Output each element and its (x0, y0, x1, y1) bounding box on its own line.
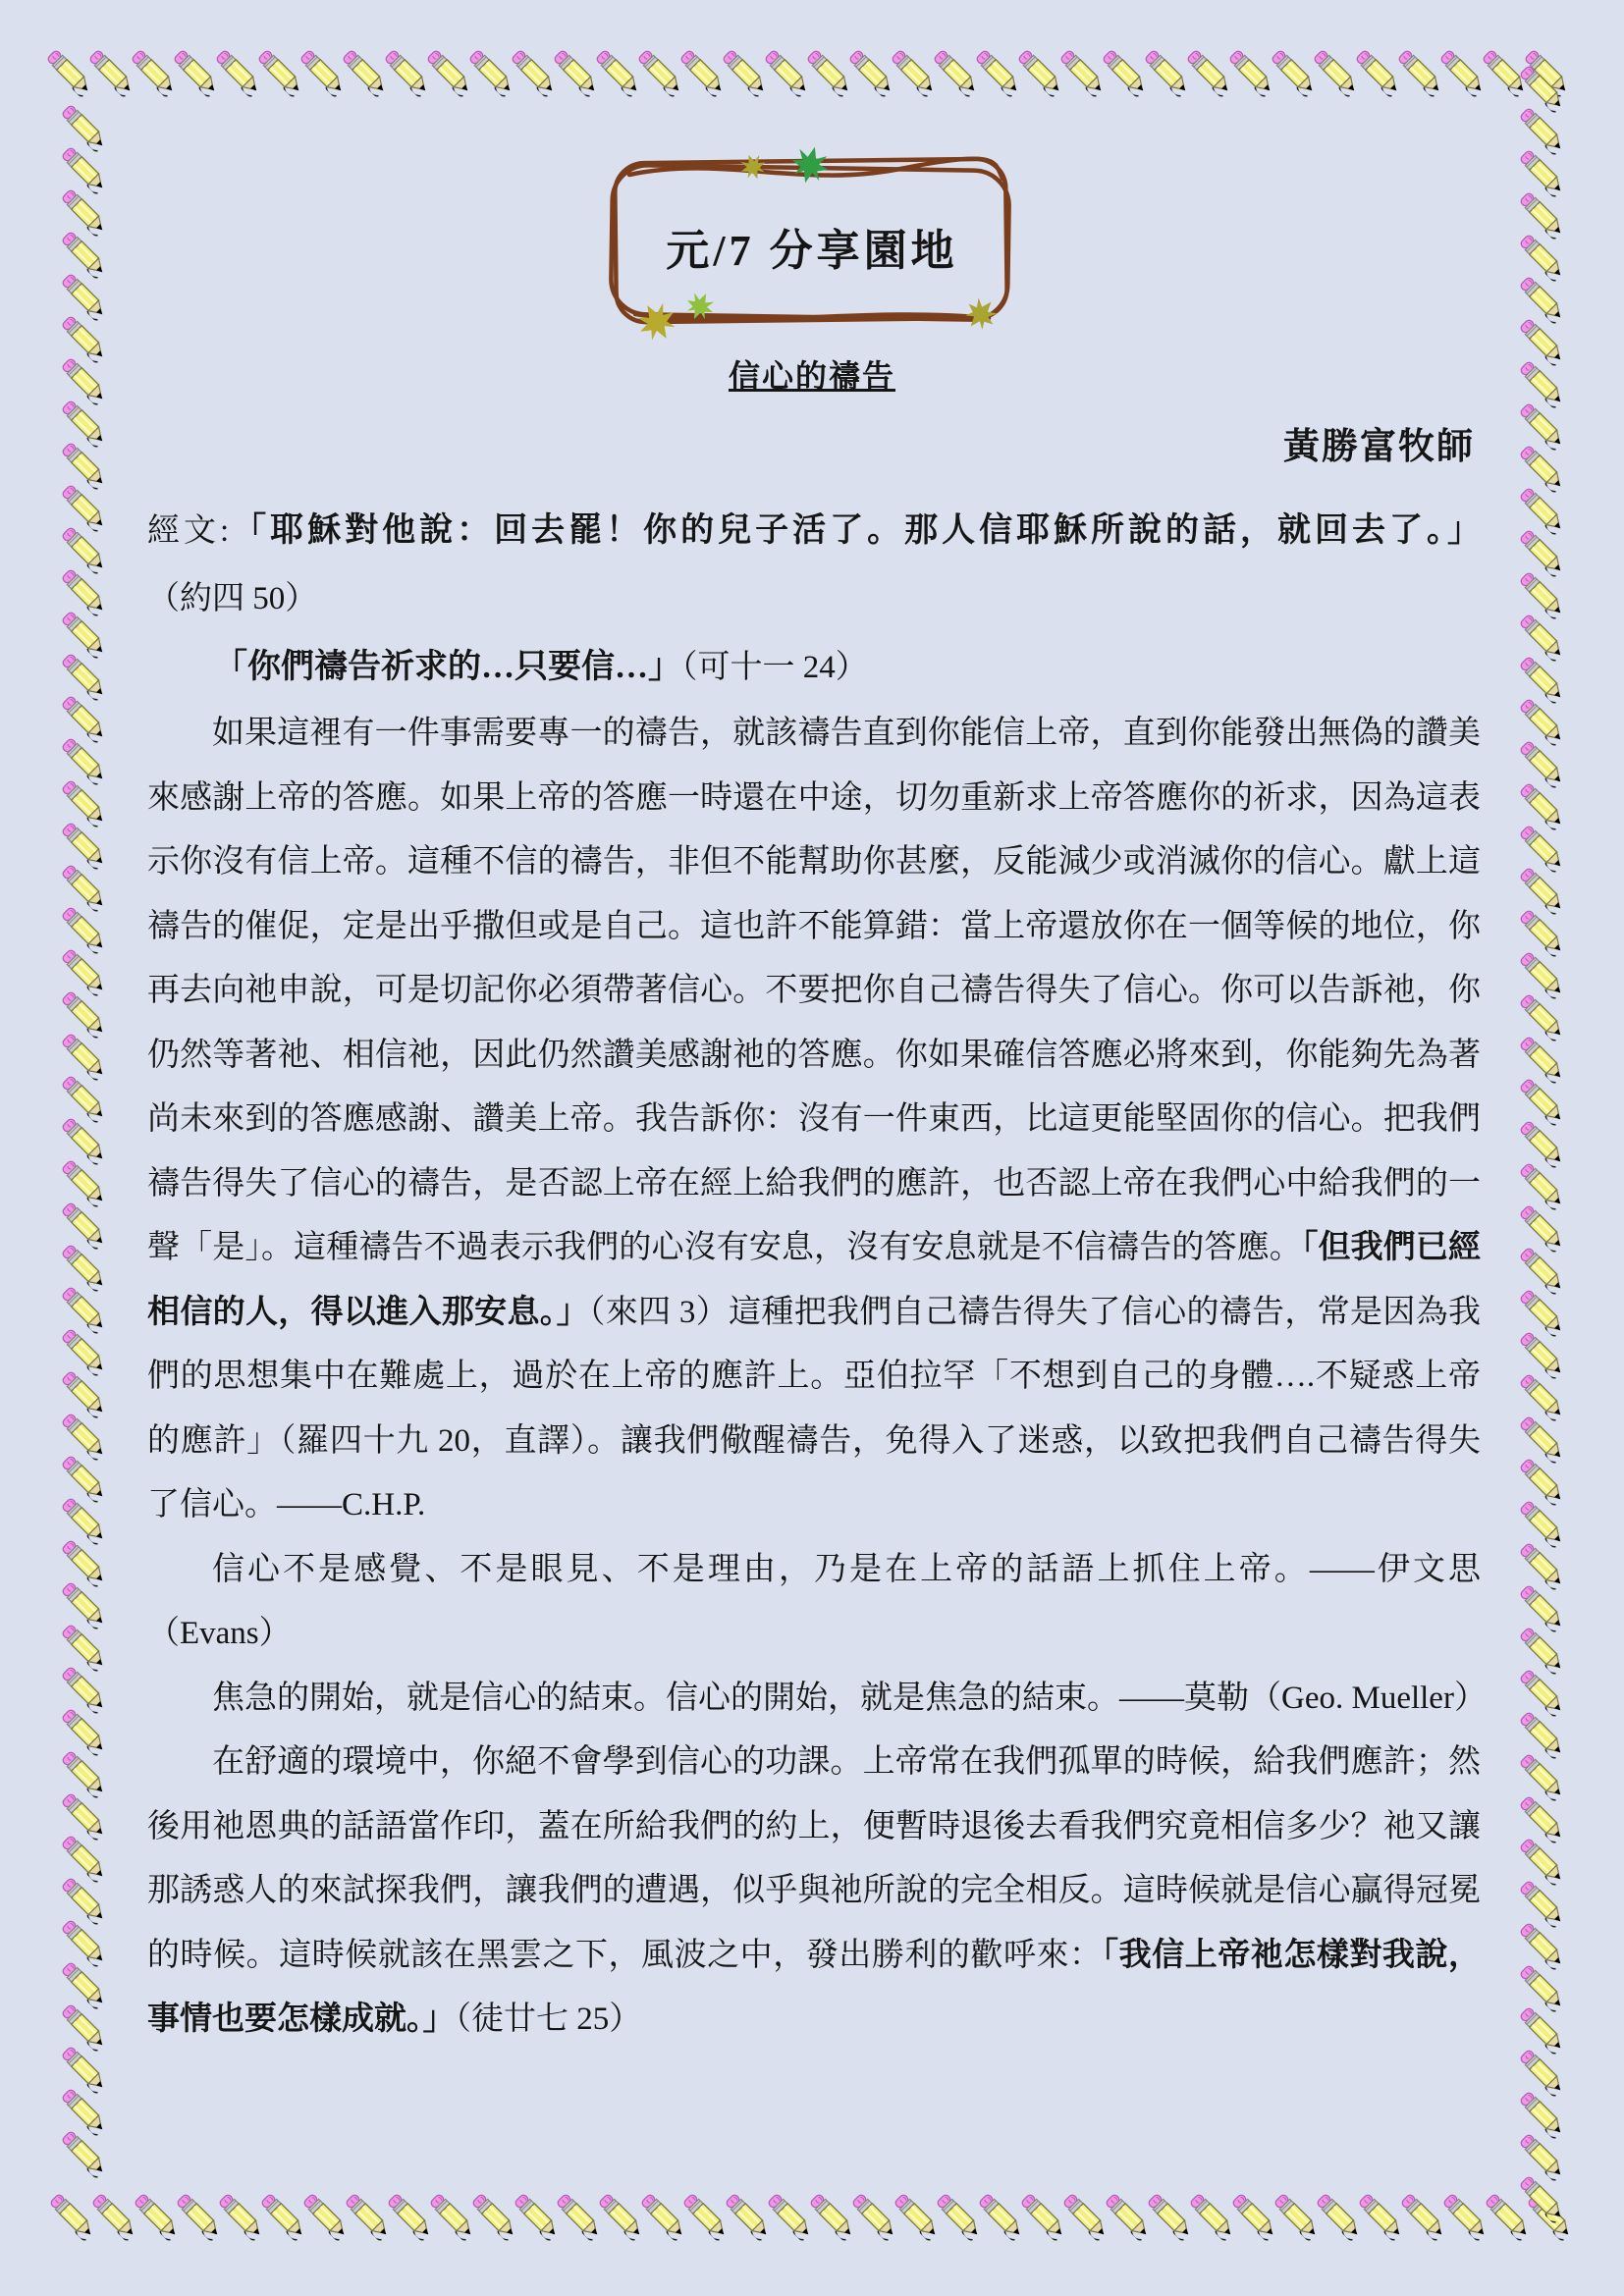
pencil-icon (803, 46, 856, 99)
pencil-icon (848, 2190, 901, 2243)
pencil-icon (1516, 948, 1569, 1001)
pencil-icon (58, 2001, 111, 2054)
pencil-icon (58, 1367, 111, 1420)
pencil-icon (1102, 2190, 1155, 2243)
scripture-reference: （約四 50） (147, 581, 317, 616)
pencil-icon (58, 903, 111, 956)
pencil-icon (299, 2190, 352, 2243)
pencil-icon (58, 2085, 111, 2138)
pencil-icon (1516, 1117, 1569, 1170)
pencil-icon (1516, 1581, 1569, 1634)
pencil-icon (1059, 2190, 1112, 2243)
pencil-icon (1521, 46, 1574, 99)
pencil-icon (58, 1578, 111, 1631)
pencil-icon (339, 46, 392, 99)
pencil-icon (1144, 2190, 1197, 2243)
pencil-icon (173, 2190, 226, 2243)
pencil-icon (1394, 46, 1447, 99)
pencil-icon (58, 734, 111, 787)
pencil-icon (1516, 1961, 1569, 2014)
pencil-icon (58, 1789, 111, 1842)
pencil-icon (1516, 104, 1569, 157)
pencil-icon (1516, 822, 1569, 875)
pencil-icon (1516, 1201, 1569, 1255)
pencil-icon (719, 46, 772, 99)
pencil-icon (58, 1452, 111, 1505)
pencil-icon (1516, 400, 1569, 453)
pencil-icon (508, 46, 561, 99)
pencil-icon (1516, 1919, 1569, 1972)
pencil-icon (1141, 46, 1194, 99)
pencil-icon (297, 46, 350, 99)
pencil-icon (1268, 46, 1321, 99)
pencil-icon (43, 46, 96, 99)
pencil-icon (1228, 2190, 1281, 2243)
pencil-icon (58, 650, 111, 703)
pencil-icon (1516, 779, 1569, 832)
pencil-icon (254, 46, 307, 99)
pencil-icon (58, 1705, 111, 1758)
pencil-icon (58, 565, 111, 618)
pencil-icon (1225, 46, 1278, 99)
pencil-icon (58, 1241, 111, 1294)
pencil-icon (58, 1494, 111, 1547)
pencil-icon (58, 1072, 111, 1125)
pencil-icon (1516, 1666, 1569, 1719)
pencil-icon (1516, 1413, 1569, 1466)
pencil-icon (85, 46, 138, 99)
pencil-icon (342, 2190, 395, 2243)
pencil-icon (1017, 2190, 1070, 2243)
pencil-icon (1516, 1244, 1569, 1297)
pencil-icon (1352, 46, 1405, 99)
pencil-icon (1516, 146, 1569, 199)
pencil-icon (58, 1156, 111, 1209)
pencil-icon (1099, 46, 1152, 99)
pencil-icon (761, 46, 814, 99)
pencil-icon (1516, 1792, 1569, 1845)
pencil-icon (128, 46, 181, 99)
pencil-icon (58, 481, 111, 534)
paragraph: 在舒適的環境中，你絕不會學到信心的功課。上帝常在我們孤單的時候，給我們應許；然後… (147, 1731, 1481, 2053)
pencil-icon (58, 1030, 111, 1083)
pencil-icon (1516, 1328, 1569, 1381)
pencil-icon (1313, 2190, 1366, 2243)
pencil-icon (1516, 1159, 1569, 1212)
pencil-icon (972, 46, 1025, 99)
pencil-icon (930, 46, 983, 99)
pencil-icon (58, 439, 111, 492)
pencil-icon (1516, 1539, 1569, 1592)
text-segment: 如果這裡有一件事需要專一的禱告，就該禱告直到你能信上帝，直到你能發出無偽的讚美來… (147, 716, 1481, 1265)
pencil-icon (58, 692, 111, 745)
pencil-icon (58, 143, 111, 196)
pencil-icon (1516, 990, 1569, 1043)
pencil-icon (1516, 2172, 1569, 2225)
pencil-icon (806, 2190, 859, 2243)
pencil-icon (58, 608, 111, 661)
pencil-icon (1516, 2003, 1569, 2056)
pencil-icon (1516, 2046, 1569, 2099)
pencil-icon (58, 1114, 111, 1167)
pencil-icon (58, 1621, 111, 1674)
text-segment: 信心不是感覺、不是眼見、不是理由，乃是在上帝的話語上抓住上帝。——伊文思（Eva… (147, 1552, 1481, 1652)
pencil-icon (634, 46, 687, 99)
pencil-icon (1516, 1370, 1569, 1423)
paragraph: 焦急的開始，就是信心的結束。信心的開始，就是焦急的結束。——莫勒（Geo. Mu… (147, 1667, 1481, 1732)
pencil-icon (1516, 1877, 1569, 1930)
pencil-icon (1516, 188, 1569, 241)
pencil-icon (1516, 231, 1569, 284)
pencil-icon (1014, 46, 1067, 99)
paragraph: 如果這裡有一件事需要專一的禱告，就該禱告直到你能信上帝，直到你能發出無偽的讚美來… (147, 702, 1481, 1538)
pencil-icon (1516, 62, 1569, 115)
pencil-icon (1516, 484, 1569, 537)
pencil-icon (58, 101, 111, 154)
pencil-icon (1516, 1835, 1569, 1888)
pencil-icon (215, 2190, 268, 2243)
article-body: 經文:「耶穌對他說：回去罷！你的兒子活了。那人信耶穌所說的話，就回去了。」（約四… (147, 497, 1481, 2053)
pencil-icon (58, 1410, 111, 1463)
pencil-icon (1482, 2190, 1535, 2243)
pencil-icon (1516, 737, 1569, 790)
pencil-icon (677, 46, 730, 99)
scripture-prefix: 經文: (147, 513, 229, 549)
pencil-icon (88, 2190, 141, 2243)
pencil-icon (1516, 1497, 1569, 1550)
pencil-icon (58, 1916, 111, 1969)
pencil-icon (58, 186, 111, 239)
pencil-icon (1186, 2190, 1239, 2243)
author-name: 黃勝富牧師 (1283, 416, 1475, 469)
pencil-icon (1516, 568, 1569, 621)
pencil-icon (58, 270, 111, 323)
pencil-icon (1516, 1075, 1569, 1128)
pencil-icon (1516, 906, 1569, 959)
pencil-icon (465, 46, 518, 99)
pencil-icon (845, 46, 898, 99)
pencil-icon (1516, 442, 1569, 495)
pencil-icon (58, 861, 111, 914)
newsletter-page: 元/7 分享園地 信心的禱告 黃勝富牧師 經文:「耶穌對他說：回去罷！你的兒子活… (0, 0, 1624, 2296)
pencil-icon (1524, 2190, 1577, 2243)
pencil-icon (58, 397, 111, 450)
pencil-icon (426, 2190, 479, 2243)
scripture-quote: 「你們禱告祈求的…只要信…」 (214, 649, 681, 685)
pencil-icon (58, 988, 111, 1041)
pencil-icon (1516, 2130, 1569, 2183)
pencil-icon (58, 1747, 111, 1800)
pencil-icon (58, 1958, 111, 2011)
pencil-icon (1516, 1750, 1569, 1803)
pencil-icon (58, 1832, 111, 1885)
pencil-icon (58, 819, 111, 872)
pencil-icon (553, 2190, 606, 2243)
pencil-icon (1271, 2190, 1324, 2243)
scripture-line: 經文:「耶穌對他說：回去罷！你的兒子活了。那人信耶穌所說的話，就回去了。」（約四… (147, 497, 1481, 633)
pencil-icon (58, 1283, 111, 1336)
pencil-icon (1439, 2190, 1492, 2243)
pencil-icon (1516, 2088, 1569, 2141)
paragraph: 信心不是感覺、不是眼見、不是理由，乃是在上帝的話語上抓住上帝。——伊文思（Eva… (147, 1538, 1481, 1667)
scripture-line: 「你們禱告祈求的…只要信…」（可十一 24） (147, 633, 1481, 702)
pencil-icon (58, 1199, 111, 1252)
pencil-icon (595, 2190, 648, 2243)
pencil-icon (1516, 695, 1569, 748)
pencil-icon (679, 2190, 732, 2243)
pencil-icon (1516, 273, 1569, 326)
pencil-icon (637, 2190, 690, 2243)
pencil-icon (381, 46, 434, 99)
pencil-icon (1310, 46, 1363, 99)
pencil-icon (1355, 2190, 1408, 2243)
pencil-icon (58, 228, 111, 281)
pencil-icon (1397, 2190, 1450, 2243)
pencil-icon (384, 2190, 437, 2243)
pencil-icon (46, 2190, 99, 2243)
pencil-icon (933, 2190, 986, 2243)
pencil-icon (1516, 653, 1569, 706)
pencil-icon (550, 46, 603, 99)
pencil-icon (58, 776, 111, 829)
scripture-quote: 「耶穌對他說：回去罷！你的兒子活了。那人信耶穌所說的話，就回去了。」 (229, 512, 1481, 549)
pencil-icon (257, 2190, 310, 2243)
pencil-icon (1516, 1033, 1569, 1086)
pencil-icon (58, 1325, 111, 1378)
page-title: 元/7 分享園地 (606, 145, 1018, 342)
pencil-icon (975, 2190, 1028, 2243)
pencil-icon (58, 1874, 111, 1927)
pencil-icon (468, 2190, 521, 2243)
pencil-icon (1183, 46, 1236, 99)
title-frame: 元/7 分享園地 (606, 145, 1018, 342)
pencil-icon (764, 2190, 817, 2243)
pencil-icon (58, 2043, 111, 2096)
pencil-icon (1516, 611, 1569, 664)
pencil-icon (1516, 1708, 1569, 1761)
text-segment: 焦急的開始，就是信心的結束。信心的開始，就是焦急的結束。——莫勒（Geo. Mu… (212, 1681, 1487, 1716)
pencil-icon (1516, 1624, 1569, 1677)
pencil-icon (1516, 526, 1569, 579)
pencil-icon (58, 523, 111, 576)
pencil-icon (131, 2190, 184, 2243)
pencil-icon (722, 2190, 775, 2243)
pencil-icon (212, 46, 265, 99)
pencil-icon (170, 46, 223, 99)
pencil-icon (592, 46, 645, 99)
pencil-icon (888, 46, 941, 99)
pencil-icon (1056, 46, 1110, 99)
scripture-reference: （可十一 24） (681, 650, 868, 685)
pencil-icon (1516, 1455, 1569, 1508)
pencil-icon (511, 2190, 564, 2243)
pencil-icon (1479, 46, 1532, 99)
text-segment: （徒廿七 25） (456, 2002, 642, 2037)
pencil-icon (58, 1536, 111, 1589)
pencil-icon (58, 2127, 111, 2180)
pencil-icon (58, 945, 111, 998)
article-title: 信心的禱告 (0, 351, 1624, 397)
pencil-icon (423, 46, 476, 99)
pencil-icon (1516, 1286, 1569, 1339)
pencil-icon (1516, 864, 1569, 917)
pencil-icon (891, 2190, 944, 2243)
pencil-icon (1436, 46, 1489, 99)
pencil-icon (58, 1663, 111, 1716)
